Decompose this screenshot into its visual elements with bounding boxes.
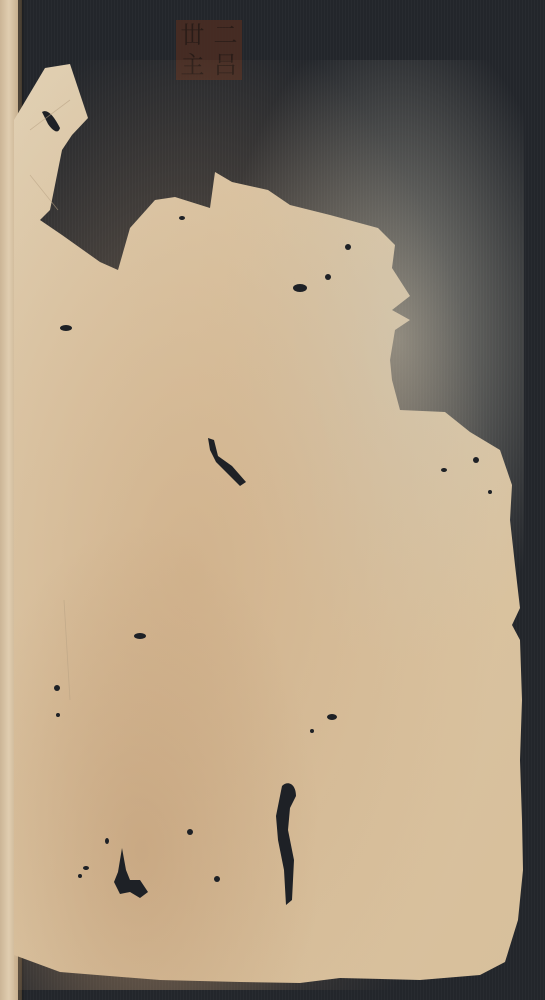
damaged-paper-leaf — [0, 0, 545, 1000]
